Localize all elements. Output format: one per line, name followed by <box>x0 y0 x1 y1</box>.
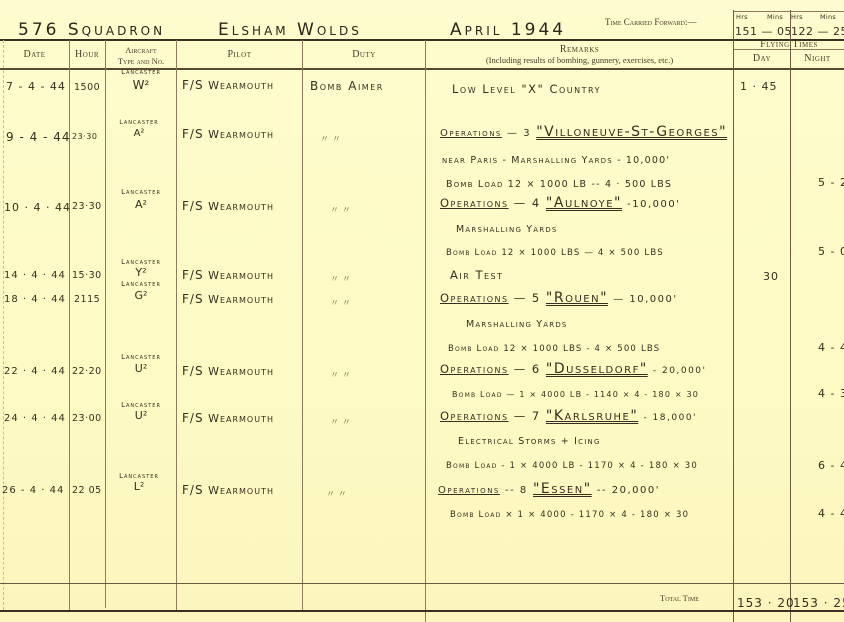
aircraft-number: U² <box>106 362 176 375</box>
remark-operation: Operations — 3 "Villoneuve-St-Georges" <box>440 124 727 140</box>
pilot-name: Wearmouth <box>208 79 274 92</box>
pilot-name: Wearmouth <box>208 484 274 497</box>
ops-label: Operations <box>438 485 500 496</box>
carried-forward-box-top <box>734 11 844 12</box>
remark-line: Electrical Storms + Icing <box>458 436 601 447</box>
aircraft-type: Lancaster <box>106 401 176 409</box>
night-mins-label: Mins <box>820 13 836 21</box>
aircraft-number: G² <box>106 289 176 302</box>
duty-ditto: 〃 〃 <box>326 487 347 500</box>
ops-number: — 3 <box>507 128 531 139</box>
pilot-name: Wearmouth <box>208 365 274 378</box>
aircraft-column-rule <box>176 40 177 610</box>
page-gutter-rule <box>425 40 426 622</box>
duty-ditto: 〃 〃 <box>330 203 351 216</box>
left-margin-rule <box>3 40 4 610</box>
remark-line: Bomb Load 12 × 1000 LB -- 4 · 500 LBS <box>446 179 672 190</box>
aircraft-number: A² <box>104 128 174 139</box>
ops-target: "Aulnoye" <box>546 195 622 211</box>
aircraft-type: Lancaster <box>104 118 174 126</box>
pilot-name: Wearmouth <box>208 293 274 306</box>
remark-operation: Operations — 5 "Rouen" — 10,000' <box>440 290 678 306</box>
remark-line: Marshalling Yards <box>456 224 558 235</box>
ops-target: "Dusseldorf" <box>546 361 648 377</box>
entry-date: 18 · 4 · 44 <box>4 294 66 305</box>
total-day-time: 153 · 20 <box>737 596 795 610</box>
pilot-rank: F/S <box>182 127 204 141</box>
ops-altitude: -- 20,000' <box>597 485 660 496</box>
ops-target: "Karlsruhe" <box>546 408 638 424</box>
pilot-rank: F/S <box>182 199 204 213</box>
pilot-rank: F/S <box>182 483 204 497</box>
remark-line: Low Level "X" Country <box>452 82 601 96</box>
entry-hour: 22 05 <box>72 485 102 496</box>
aircraft-type: Lancaster <box>106 68 176 76</box>
night-column-rule <box>790 10 791 622</box>
remark-operation: Operations -- 8 "Essen" -- 20,000' <box>438 481 660 497</box>
ops-label: Operations <box>440 409 509 423</box>
remark-line: near Paris - Marshalling Yards - 10,000' <box>442 155 670 166</box>
entry-date: 9 - 4 - 44 <box>6 130 70 144</box>
remark-line: Bomb Load — 1 × 4000 LB - 1140 × 4 - 180… <box>452 390 699 399</box>
column-header-hour: Hour <box>69 49 105 60</box>
night-hrs-label: Hrs <box>791 13 803 21</box>
column-header-flying-times: Flying Times <box>734 39 844 50</box>
column-header-pilot: Pilot <box>177 49 302 60</box>
remark-operation: Operations — 4 "Aulnoye" -10,000' <box>440 195 681 211</box>
remark-line: Bomb Load - 1 × 4000 LB - 1170 × 4 - 180… <box>446 461 698 471</box>
header-top-rule <box>0 39 844 41</box>
carried-forward-night: 122 — 25 <box>791 25 844 38</box>
duty-ditto: 〃 〃 <box>320 132 341 145</box>
pilot-name: Wearmouth <box>208 412 274 425</box>
ops-target: "Rouen" <box>546 290 608 306</box>
pilot-rank: F/S <box>182 364 204 378</box>
duty-ditto: 〃 〃 <box>330 415 351 428</box>
day-hrs-label: Hrs <box>736 13 748 21</box>
pilot-rank: F/S <box>182 78 204 92</box>
duty-ditto: 〃 〃 <box>330 296 351 309</box>
aircraft-type: Lancaster <box>106 280 176 288</box>
column-header-day: Day <box>734 53 790 64</box>
pilot-rank: F/S <box>182 411 204 425</box>
ops-label: Operations <box>440 362 509 376</box>
ops-target: "Essen" <box>533 481 592 497</box>
column-header-remarks-subtitle: (Including results of bombing, gunnery, … <box>426 55 733 65</box>
ops-number: — 6 <box>514 362 541 376</box>
night-time: 5 - 20 <box>818 176 844 189</box>
night-time: 5 - 05 <box>818 245 844 258</box>
ops-altitude: - 20,000' <box>653 366 707 376</box>
aircraft-number: W² <box>106 78 176 92</box>
pilot-name: Wearmouth <box>208 128 274 141</box>
entry-date: 26 - 4 · 44 <box>2 485 64 496</box>
entry-hour: 2115 <box>74 294 100 305</box>
day-column-rule <box>733 10 734 622</box>
column-header-duty: Duty <box>303 49 425 60</box>
pilot-rank: F/S <box>182 292 204 306</box>
column-header-aircraft-line1: Aircraft <box>106 45 176 55</box>
entry-date: 22 · 4 · 44 <box>4 366 66 377</box>
page-bottom-rule <box>0 610 844 612</box>
entry-hour: 23·30 <box>72 201 102 212</box>
aircraft-number: Y² <box>106 266 176 279</box>
carried-forward-day: 151 — 05 <box>735 25 792 38</box>
ops-label: Operations <box>440 291 509 305</box>
night-time: 4 - 30 <box>818 387 844 400</box>
total-time-label: Total Time <box>660 593 699 603</box>
day-time: 30 <box>763 270 779 283</box>
ops-number: — 7 <box>514 409 541 423</box>
duty-ditto: 〃 〃 <box>330 272 351 285</box>
ops-target: "Villoneuve-St-Georges" <box>536 124 727 140</box>
remark-line: Bomb Load 12 × 1000 LBS - 4 × 500 LBS <box>448 344 660 354</box>
month-year: April 1944 <box>450 20 566 40</box>
remark-operation: Operations — 7 "Karlsruhe" - 18,000' <box>440 408 697 424</box>
column-header-date: Date <box>0 49 69 60</box>
pilot-column-rule <box>302 40 303 610</box>
column-header-night: Night <box>791 53 844 64</box>
column-header-aircraft-line2: Type and No. <box>106 56 176 66</box>
entry-date: 14 · 4 · 44 <box>4 270 66 281</box>
pilot-name: Wearmouth <box>208 200 274 213</box>
duty-ditto: 〃 〃 <box>330 368 351 381</box>
aircraft-type: Lancaster <box>106 258 176 266</box>
entry-hour: 1500 <box>74 82 100 93</box>
time-carried-forward-label: Time Carried Forward:— <box>605 17 697 27</box>
night-time: 4 - 45 <box>818 507 844 520</box>
ops-altitude: — 10,000' <box>613 294 677 305</box>
aircraft-type: Lancaster <box>106 353 176 361</box>
ops-number: — 5 <box>514 291 541 305</box>
date-column-rule <box>69 40 70 610</box>
duty: Bomb Aimer <box>310 79 384 93</box>
night-time: 4 - 40 <box>818 341 844 354</box>
entry-date: 24 · 4 · 44 <box>4 413 66 424</box>
remark-line: Marshalling Yards <box>466 319 568 330</box>
aircraft-type: Lancaster <box>104 472 174 480</box>
column-header-remarks: Remarks <box>426 44 733 55</box>
ops-number: -- 8 <box>505 485 528 496</box>
ops-number: — 4 <box>514 196 541 210</box>
pilot-rank: F/S <box>182 268 204 282</box>
ops-altitude: - 18,000' <box>643 413 697 423</box>
night-time: 6 - 40 <box>818 459 844 472</box>
station-name: Elsham Wolds <box>218 20 362 40</box>
totals-top-rule <box>0 583 844 584</box>
ops-label: Operations <box>440 196 509 210</box>
aircraft-number: L² <box>104 480 174 493</box>
remark-line: Bomb Load × 1 × 4000 - 1170 × 4 - 180 × … <box>450 510 689 520</box>
aircraft-number: A² <box>106 198 176 211</box>
entry-hour: 15·30 <box>72 270 102 281</box>
pilot-name: Wearmouth <box>208 269 274 282</box>
entry-hour: 22·20 <box>72 366 102 377</box>
ops-label: Operations <box>440 128 502 139</box>
entry-hour: 23·00 <box>72 413 102 424</box>
aircraft-type: Lancaster <box>106 188 176 196</box>
logbook-page: 576 Squadron Elsham Wolds April 1944 Tim… <box>0 0 844 622</box>
total-night-time: 153 · 25 <box>793 596 844 610</box>
entry-date: 7 - 4 - 44 <box>6 80 66 93</box>
ops-altitude: -10,000' <box>627 199 680 210</box>
entry-hour: 23·30 <box>72 132 97 141</box>
remark-line: Bomb Load 12 × 1000 LBS — 4 × 500 LBS <box>446 248 664 258</box>
remark-line: Air Test <box>450 268 504 282</box>
day-mins-label: Mins <box>767 13 783 21</box>
entry-date: 10 · 4 · 44 <box>4 201 71 214</box>
aircraft-number: U² <box>106 409 176 422</box>
day-time: 1 · 45 <box>740 80 778 93</box>
remark-operation: Operations — 6 "Dusseldorf" - 20,000' <box>440 361 707 377</box>
squadron-title: 576 Squadron <box>18 20 165 40</box>
